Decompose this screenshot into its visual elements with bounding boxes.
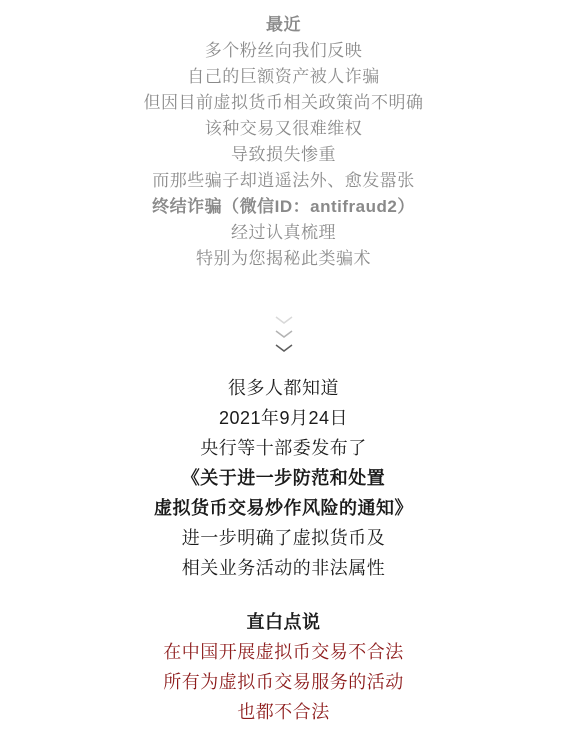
conclusion-heading: 直白点说 (0, 607, 567, 637)
notice-title-line: 虚拟货币交易炒作风险的通知》 (0, 493, 567, 523)
announcement-line: 很多人都知道 (0, 373, 567, 403)
intro-line: 但因目前虚拟货币相关政策尚不明确 (0, 90, 567, 116)
conclusion-red-line: 所有为虚拟币交易服务的活动 (0, 667, 567, 697)
intro-line: 该种交易又很难维权 (0, 116, 567, 142)
conclusion-section: 直白点说 在中国开展虚拟币交易不合法 所有为虚拟币交易服务的活动 也都不合法 (0, 583, 567, 727)
notice-title-line: 《关于进一步防范和处置 (0, 463, 567, 493)
intro-line: 导致损失惨重 (0, 142, 567, 168)
announcement-date-line: 2021年9月24日 (0, 403, 567, 433)
intro-line: 自己的巨额资产被人诈骗 (0, 64, 567, 90)
intro-line: 多个粉丝向我们反映 (0, 38, 567, 64)
announcement-line: 央行等十部委发布了 (0, 433, 567, 463)
announcement-section: 很多人都知道 2021年9月24日 央行等十部委发布了 《关于进一步防范和处置 … (0, 355, 567, 583)
conclusion-red-line: 在中国开展虚拟币交易不合法 (0, 637, 567, 667)
announcement-line: 相关业务活动的非法属性 (0, 553, 567, 583)
intro-line: 特别为您揭秘此类骗术 (0, 246, 567, 272)
conclusion-red-line: 也都不合法 (0, 697, 567, 727)
wechat-id-line: 终结诈骗（微信ID：antifraud2） (0, 194, 567, 220)
chevron-down-icon (0, 327, 567, 341)
intro-section: 最近 多个粉丝向我们反映 自己的巨额资产被人诈骗 但因目前虚拟货币相关政策尚不明… (0, 0, 567, 272)
scroll-down-divider (0, 272, 567, 355)
intro-line: 经过认真梳理 (0, 220, 567, 246)
chevron-down-icon (0, 341, 567, 355)
intro-line: 而那些骗子却逍遥法外、愈发嚣张 (0, 168, 567, 194)
article-body: 最近 多个粉丝向我们反映 自己的巨额资产被人诈骗 但因目前虚拟货币相关政策尚不明… (0, 0, 567, 727)
announcement-line: 进一步明确了虚拟货币及 (0, 523, 567, 553)
chevron-down-icon (0, 313, 567, 327)
intro-line: 最近 (0, 12, 567, 38)
